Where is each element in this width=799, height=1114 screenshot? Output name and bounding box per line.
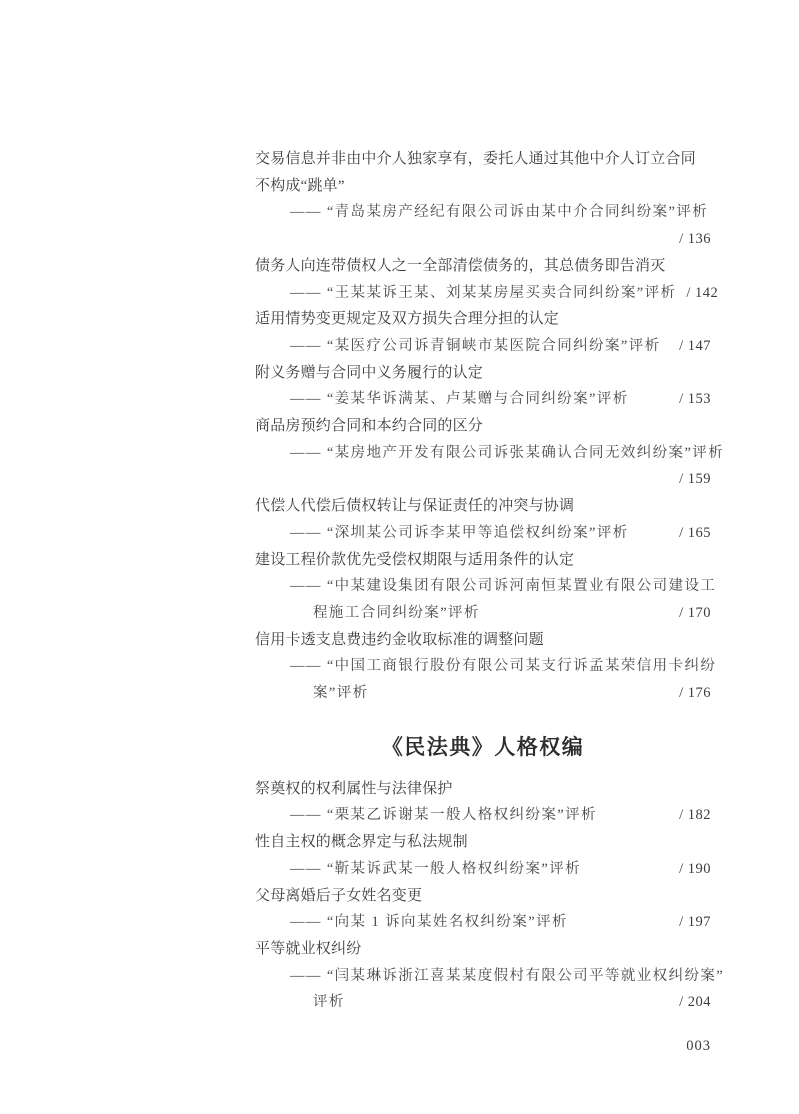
toc-line: 建设工程价款优先受偿权期限与适用条件的认定 xyxy=(255,547,711,574)
toc-line: 适用情势变更规定及双方损失合理分担的认定 xyxy=(255,306,711,333)
entry-title-text: 债务人向连带债权人之一全部清偿债务的，其总债务即告消灭 xyxy=(255,253,665,280)
case-reference-text: 评析 xyxy=(313,989,345,1016)
entry-page-number: / 197 xyxy=(669,909,711,936)
case-reference-text: —— “向某 1 诉向某姓名权纠纷案”评析 xyxy=(290,909,568,936)
entry-page-number: / 165 xyxy=(669,520,711,547)
toc-line: 信用卡透支息费违约金收取标准的调整问题 xyxy=(255,627,711,654)
book-page: 交易信息并非由中介人独家享有，委托人通过其他中介人订立合同不构成“跳单”—— “… xyxy=(0,0,799,1114)
entry-title-text: 附义务赠与合同中义务履行的认定 xyxy=(255,360,483,387)
toc-line: 债务人向连带债权人之一全部清偿债务的，其总债务即告消灭 xyxy=(255,253,711,280)
entry-page-number: / 136 xyxy=(669,226,711,253)
toc-line: / 159 xyxy=(255,466,711,493)
case-reference-text: —— “栗某乙诉谢某一般人格权纠纷案”评析 xyxy=(290,802,597,829)
toc-line: —— “中国工商银行股份有限公司某支行诉孟某荣信用卡纠纷 xyxy=(255,653,711,680)
toc-line: 平等就业权纠纷 xyxy=(255,936,711,963)
entry-page-number: / 182 xyxy=(669,802,711,829)
entry-title-text: 信用卡透支息费违约金收取标准的调整问题 xyxy=(255,627,544,654)
entry-title-text: 平等就业权纠纷 xyxy=(255,936,361,963)
entry-page-number: / 147 xyxy=(669,333,711,360)
toc-line: 商品房预约合同和本约合同的区分 xyxy=(255,413,711,440)
case-reference-text: —— “王某某诉王某、刘某某房屋买卖合同纠纷案”评析 xyxy=(290,280,676,307)
toc-line: —— “中某建设集团有限公司诉河南恒某置业有限公司建设工 xyxy=(255,573,711,600)
entry-title-text: 代偿人代偿后债权转让与保证责任的冲突与协调 xyxy=(255,493,574,520)
entry-title-text: 祭奠权的权利属性与法律保护 xyxy=(255,776,453,803)
toc-line: 附义务赠与合同中义务履行的认定 xyxy=(255,360,711,387)
toc-line: 代偿人代偿后债权转让与保证责任的冲突与协调 xyxy=(255,493,711,520)
toc-line: —— “栗某乙诉谢某一般人格权纠纷案”评析/ 182 xyxy=(255,802,711,829)
page-footer-number: 003 xyxy=(255,1038,711,1055)
toc-line: —— “王某某诉王某、刘某某房屋买卖合同纠纷案”评析/ 142 xyxy=(255,280,711,307)
toc-line: —— “姜某华诉满某、卢某赠与合同纠纷案”评析/ 153 xyxy=(255,386,711,413)
toc-line: / 136 xyxy=(255,226,711,253)
case-reference-text: —— “中国工商银行股份有限公司某支行诉孟某荣信用卡纠纷 xyxy=(290,653,716,680)
toc-line: —— “某房地产开发有限公司诉张某确认合同无效纠纷案”评析 xyxy=(255,440,711,467)
toc-line: —— “靳某诉武某一般人格权纠纷案”评析/ 190 xyxy=(255,856,711,883)
case-reference-text: —— “中某建设集团有限公司诉河南恒某置业有限公司建设工 xyxy=(290,573,716,600)
entry-page-number: / 190 xyxy=(669,856,711,883)
toc-line: 交易信息并非由中介人独家享有，委托人通过其他中介人订立合同 xyxy=(255,146,711,173)
section-heading: 《民法典》人格权编 xyxy=(255,732,711,765)
toc-line: —— “某医疗公司诉青铜峡市某医院合同纠纷案”评析/ 147 xyxy=(255,333,711,360)
case-reference-text: —— “靳某诉武某一般人格权纠纷案”评析 xyxy=(290,856,581,883)
toc-line: 案”评析/ 176 xyxy=(255,680,711,707)
toc-line: —— “向某 1 诉向某姓名权纠纷案”评析/ 197 xyxy=(255,909,711,936)
toc-line: 程施工合同纠纷案”评析/ 170 xyxy=(255,600,711,627)
case-reference-text: —— “某医疗公司诉青铜峡市某医院合同纠纷案”评析 xyxy=(290,333,661,360)
toc-lines: 交易信息并非由中介人独家享有，委托人通过其他中介人订立合同不构成“跳单”—— “… xyxy=(255,146,711,1016)
toc-line: —— “深圳某公司诉李某甲等追偿权纠纷案”评析/ 165 xyxy=(255,520,711,547)
case-reference-text: —— “姜某华诉满某、卢某赠与合同纠纷案”评析 xyxy=(290,386,629,413)
section-heading-text: 《民法典》人格权编 xyxy=(382,735,585,759)
entry-title-text: 适用情势变更规定及双方损失合理分担的认定 xyxy=(255,306,559,333)
toc-line: 评析/ 204 xyxy=(255,989,711,1016)
entry-title-text: 商品房预约合同和本约合同的区分 xyxy=(255,413,483,440)
entry-page-number: / 170 xyxy=(669,600,711,627)
case-reference-text: —— “某房地产开发有限公司诉张某确认合同无效纠纷案”评析 xyxy=(290,440,724,467)
entry-page-number: / 176 xyxy=(669,680,711,707)
case-reference-text: —— “深圳某公司诉李某甲等追偿权纠纷案”评析 xyxy=(290,520,629,547)
toc-line: 不构成“跳单” xyxy=(255,173,711,200)
toc-line: —— “闫某琳诉浙江喜某某度假村有限公司平等就业权纠纷案” xyxy=(255,963,711,990)
entry-page-number: / 153 xyxy=(669,386,711,413)
case-reference-text: 案”评析 xyxy=(313,680,369,707)
case-reference-text: —— “青岛某房产经纪有限公司诉由某中介合同纠纷案”评析 xyxy=(290,199,708,226)
case-reference-text: —— “闫某琳诉浙江喜某某度假村有限公司平等就业权纠纷案” xyxy=(290,963,724,990)
entry-title-text: 性自主权的概念界定与私法规制 xyxy=(255,829,468,856)
case-reference-text: 程施工合同纠纷案”评析 xyxy=(313,600,480,627)
toc-line: 父母离婚后子女姓名变更 xyxy=(255,883,711,910)
entry-title-text: 交易信息并非由中介人独家享有，委托人通过其他中介人订立合同 xyxy=(255,146,696,173)
entry-title-text: 不构成“跳单” xyxy=(255,173,345,200)
entry-page-number: / 159 xyxy=(669,466,711,493)
entry-title-text: 建设工程价款优先受偿权期限与适用条件的认定 xyxy=(255,547,574,574)
entry-title-text: 父母离婚后子女姓名变更 xyxy=(255,883,422,910)
toc-line: 祭奠权的权利属性与法律保护 xyxy=(255,776,711,803)
entry-page-number: / 142 xyxy=(676,280,718,307)
toc-line: 性自主权的概念界定与私法规制 xyxy=(255,829,711,856)
toc-line: —— “青岛某房产经纪有限公司诉由某中介合同纠纷案”评析 xyxy=(255,199,711,226)
entry-page-number: / 204 xyxy=(669,989,711,1016)
